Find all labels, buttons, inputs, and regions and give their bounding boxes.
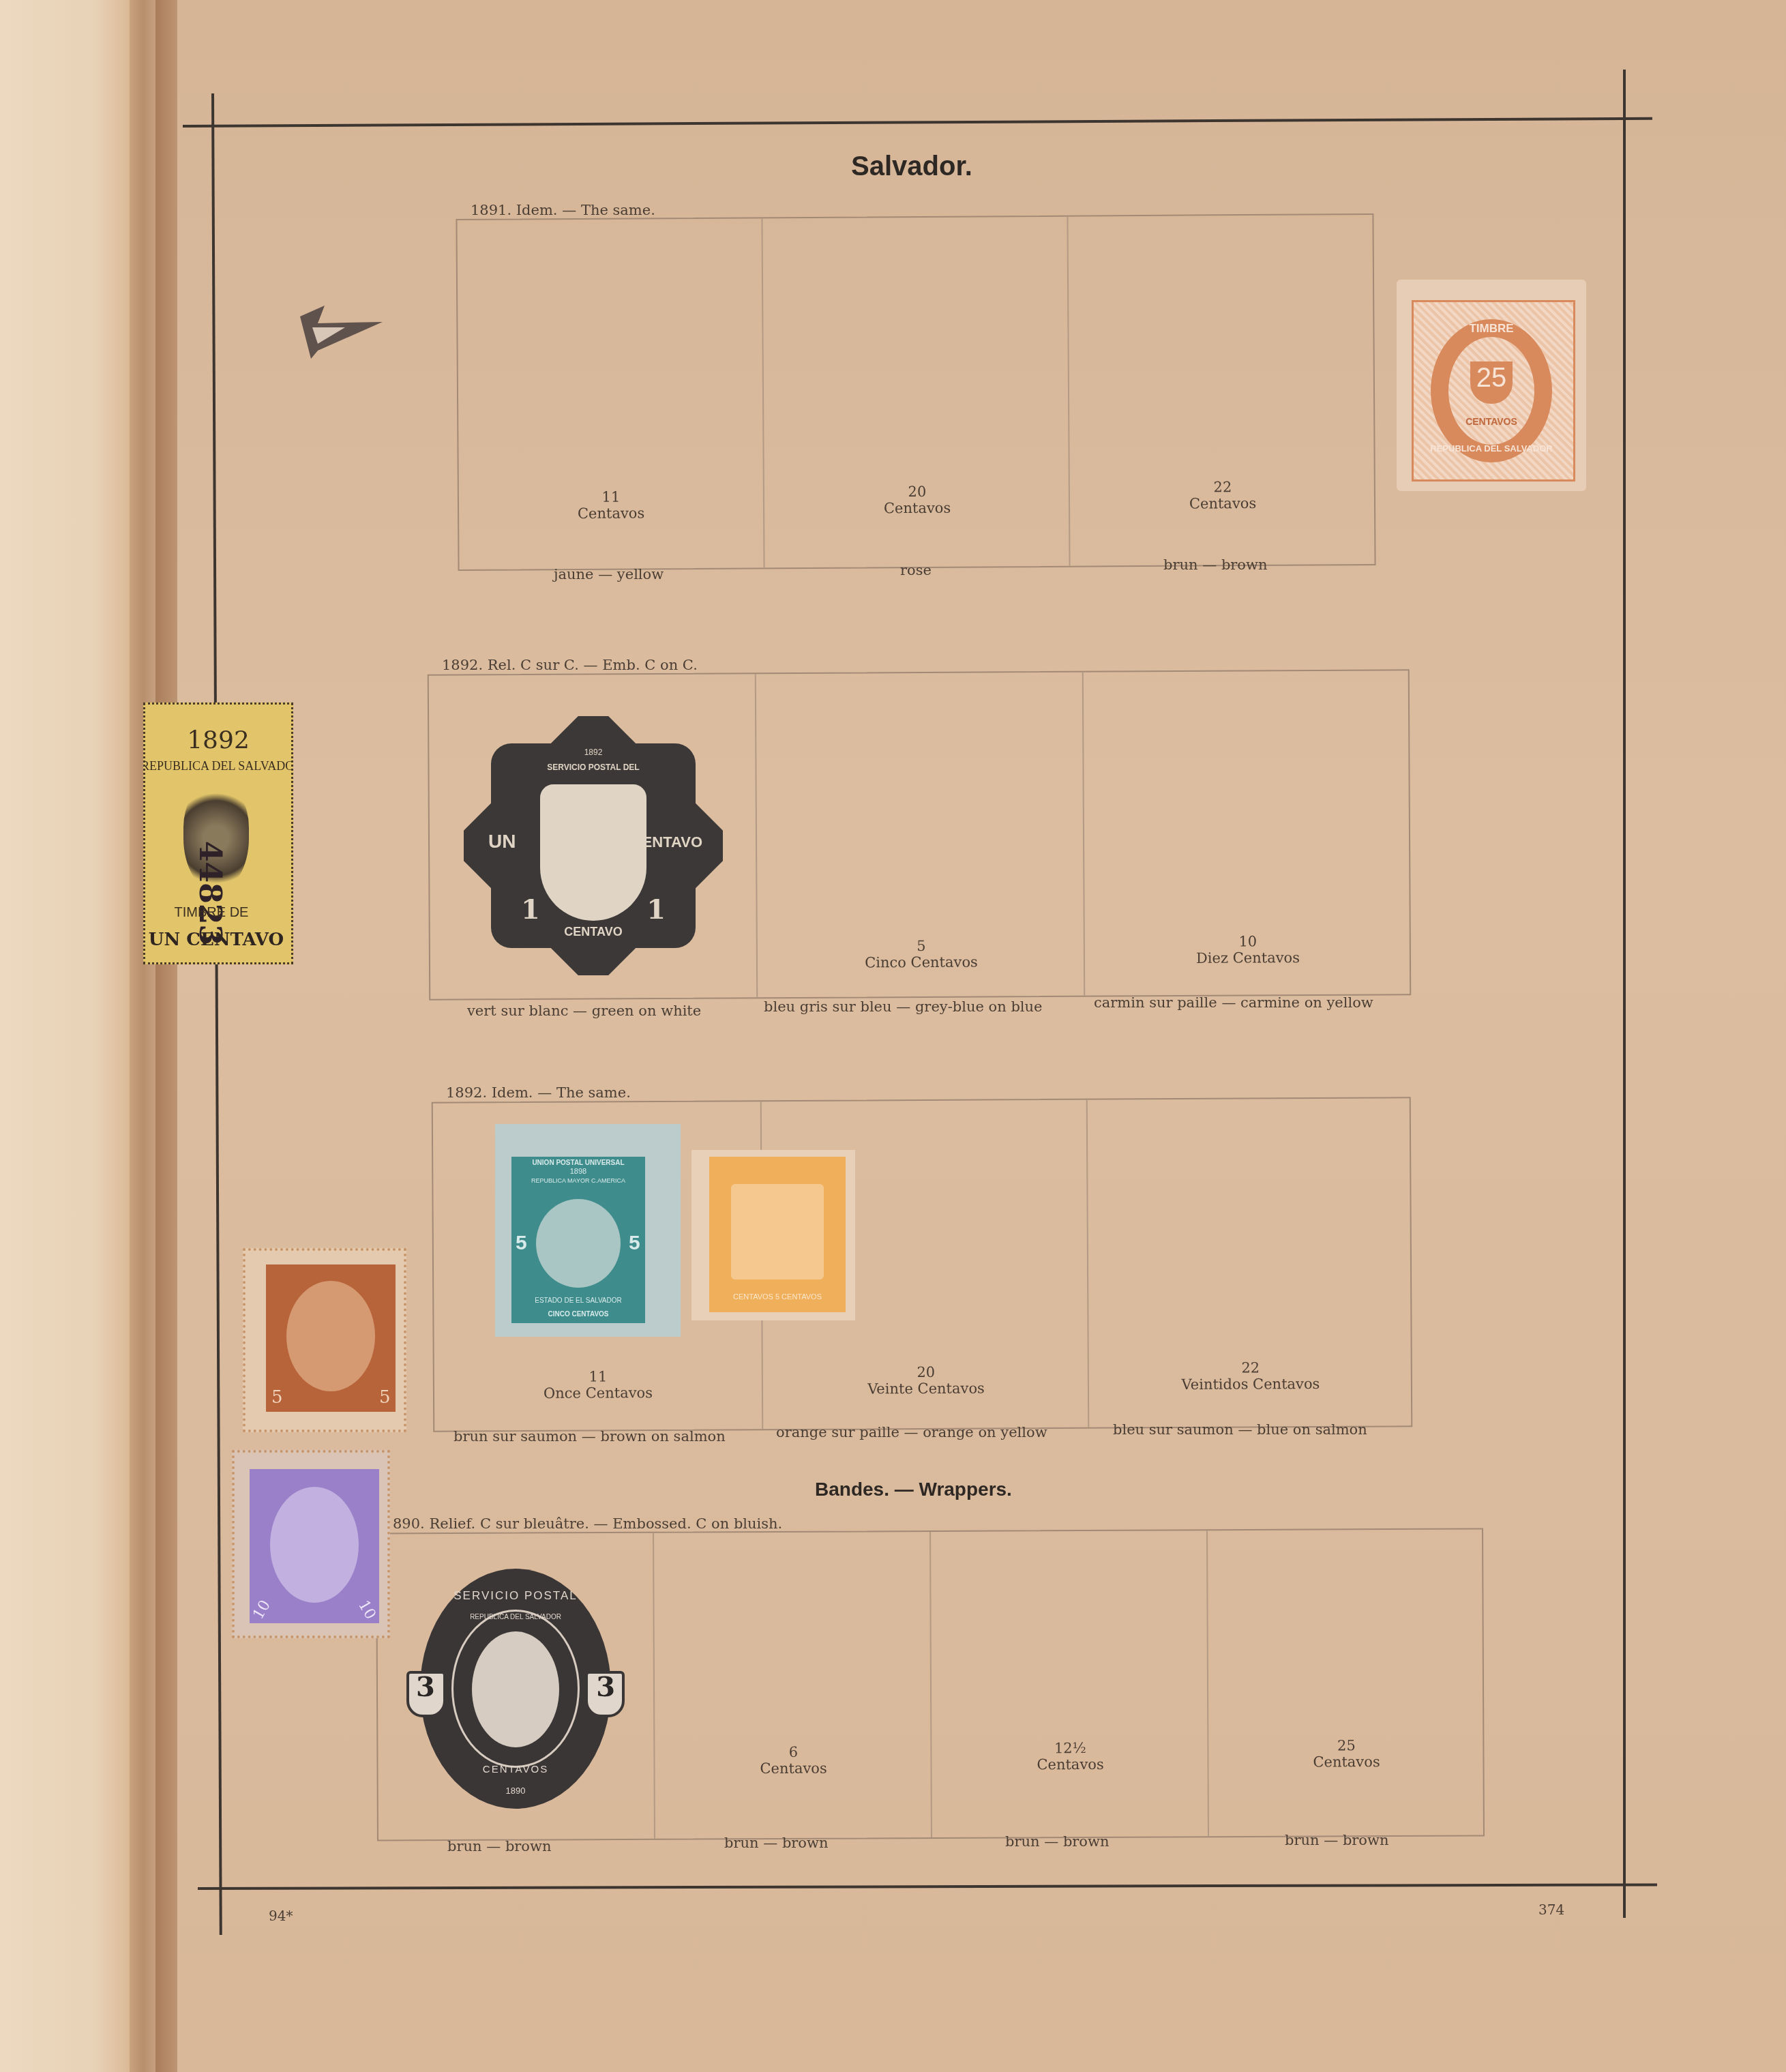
envelope-cut-1-centavo[interactable]: SERVICIO POSTAL DEL 1892 UN CENTAVO 1 1 … [464,716,723,975]
stamp-line: REPUBLICA MAYOR C.AMERICA [511,1177,645,1184]
slot-name: Centavos [459,504,763,522]
slot-value: 10 [1085,932,1411,951]
section-subtitle: Bandes. — Wrappers. [815,1479,1012,1500]
stamp-line1: REPUBLICA DEL SALVADOR [143,759,291,773]
stamp-5c-orange[interactable]: CENTAVOS 5 CENTAVOS [691,1150,855,1320]
stamp-top-text: TIMBRE [1397,322,1586,336]
slot-color: brun — brown [447,1838,552,1854]
slot-name: Cinco Centavos [758,953,1085,972]
stamp-unit: CENTAVOS [1397,416,1586,427]
stamp-year: 1892 [145,726,291,754]
slot-color: vert sur blanc — green on white [467,1003,701,1019]
slot-name: Centavos [655,1760,932,1777]
slot-name: Centavos [1070,494,1375,513]
stamp-line2: TIMBRE DE [145,905,278,921]
page-number-left: 94* [269,1908,293,1924]
slot-color: brun — brown [1163,557,1268,573]
stamp-top-text: UNION POSTAL UNIVERSAL [511,1159,645,1167]
stamp-right-text: CENTAVO [631,833,702,851]
section-heading: 1892. Idem. — The same. [446,1084,631,1101]
slot-name: Centavos [932,1756,1208,1773]
slot-value: 11 [459,488,763,506]
slot-color: bleu gris sur bleu — grey-blue on blue [764,998,1043,1015]
slot-value: 5 [758,937,1085,956]
previous-page-edge [0,0,136,2072]
slot-color: brun — brown [1285,1832,1389,1848]
stamp-bottom-text: REPUBLICA DEL SALVADOR [1397,443,1586,454]
stamp-slot[interactable]: 11Centavos [457,218,763,569]
stamp-bottom-text: CENTAVOS [406,1764,625,1775]
stamp-line3: UN CENTAVO [143,930,291,950]
revenue-stamp-1892[interactable]: 1892 REPUBLICA DEL SALVADOR 44823 TIMBRE… [143,702,293,964]
page-deckle-edge [130,0,157,2072]
slot-value: 12½ [932,1739,1208,1757]
stamp-bottom-line1: ESTADO DE EL SALVADOR [511,1297,645,1305]
slot-color: bleu sur saumon — blue on salmon [1113,1421,1367,1438]
stamp-bottom-text: CENTAVO [464,925,723,939]
slot-name: Centavos [1208,1753,1484,1771]
slot-name: Diez Centavos [1085,949,1411,967]
slot-value: 22 [1089,1359,1412,1376]
stamp-digit-right: 3 [596,1671,615,1703]
stamp-slot[interactable]: 6Centavos [653,1532,932,1839]
hinge-mark-icon [297,303,386,364]
section-heading: 890. Relief. C sur bleuâtre. — Embossed.… [393,1515,782,1532]
stamp-digit-left: 3 [416,1671,435,1703]
stamp-digit-left: 1 [521,893,540,926]
stamp-5c-brown[interactable]: 5 5 [243,1248,406,1432]
stamp-digit-right: 1 [646,893,666,926]
stamp-left-text: UN [488,831,516,853]
stamp-bottom-text: CENTAVOS 5 CENTAVOS [709,1293,846,1301]
stamp-slot[interactable]: 12½Centavos [929,1530,1209,1837]
stamp-value: 25 [1470,363,1513,394]
slot-color: brun — brown [724,1835,829,1851]
slot-color: carmin sur paille — carmine on yellow [1094,994,1373,1011]
page-number-right: 374 [1538,1901,1564,1918]
slot-value: 20 [763,1363,1089,1382]
slot-value: 25 [1208,1736,1484,1754]
stamp-slot[interactable]: 25Centavos [1206,1529,1485,1836]
revenue-stamp-25c[interactable]: TIMBRE 25 CENTAVOS REPUBLICA DEL SALVADO… [1397,280,1586,491]
stamp-slot[interactable]: 10Diez Centavos [1082,670,1411,996]
page-title: Salvador. [851,151,972,182]
stamp-10c-violet[interactable]: 10 10 [232,1450,390,1638]
section-heading: 1892. Rel. C sur C. — Emb. C on C. [442,657,698,673]
slot-name: Veintidos Centavos [1089,1375,1412,1393]
stamp-top-text: SERVICIO POSTAL [406,1589,625,1603]
stamp-digit-left: 5 [516,1232,527,1255]
slot-color: rose [900,562,932,578]
slot-name: Centavos [764,499,1070,518]
slot-value: 6 [655,1743,932,1761]
slot-name: Veinte Centavos [763,1380,1089,1398]
slot-name: Once Centavos [434,1384,762,1402]
stamp-slot[interactable]: 22Centavos [1067,215,1375,566]
slot-value: 20 [764,483,1070,501]
stamp-top-text: SERVICIO POSTAL DEL [464,763,723,772]
slot-value: 11 [434,1367,762,1386]
stamp-slot[interactable]: 22Veintidos Centavos [1086,1098,1413,1427]
frame-right-line [1623,70,1626,1918]
stamp-year: 1890 [406,1786,625,1796]
section-heading: 1891. Idem. — The same. [471,202,655,218]
slot-color: orange sur paille — orange on yellow [776,1424,1047,1440]
stamp-5c-blue[interactable]: UNION POSTAL UNIVERSAL 1898 REPUBLICA MA… [495,1124,681,1337]
slot-color: brun — brown [1005,1833,1110,1850]
wrapper-cut-3-centavos[interactable]: SERVICIO POSTAL REPUBLICA DEL SALVADOR 3… [406,1569,625,1809]
slot-color: brun sur saumon — brown on salmon [453,1428,726,1445]
stamp-slot[interactable]: 20Centavos [761,217,1070,568]
stamp-digit-left: 5 [271,1387,283,1408]
stamp-year: 1898 [511,1168,645,1176]
slot-color: jaune — yellow [554,566,664,582]
stamp-grid-1891: 11Centavos 20Centavos 22Centavos [456,213,1375,571]
slot-value: 22 [1070,478,1375,497]
stamp-digit-right: 5 [379,1387,391,1408]
stamp-inner-text: REPUBLICA DEL SALVADOR [406,1614,625,1621]
stamp-bottom-line2: CINCO CENTAVOS [511,1311,645,1318]
stamp-digit-right: 5 [629,1232,640,1255]
stamp-year: 1892 [464,748,723,757]
stamp-slot[interactable]: 5Cinco Centavos [755,672,1085,998]
